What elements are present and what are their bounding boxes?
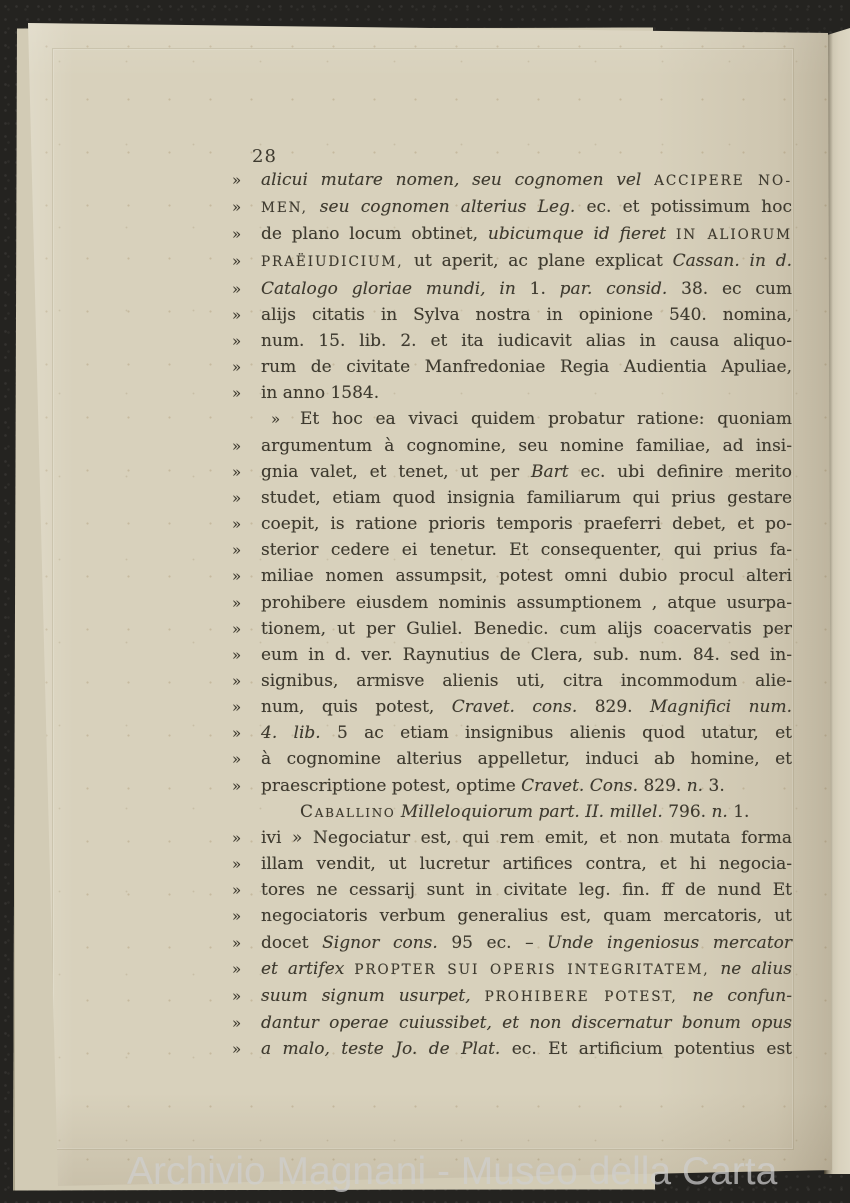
quote-mark: » — [232, 433, 261, 459]
text-segment: PRAËIUDICIUM, — [261, 254, 414, 270]
text-line: »in anno 1584. — [232, 380, 792, 406]
text-line: »alijs citatis in Sylva nostra in opinio… — [232, 302, 792, 328]
text-segment: Cravet. Cons. — [521, 776, 638, 796]
text-line: »MEN, seu cognomen alterius Leg. ec. et … — [232, 194, 792, 221]
text-segment: tores ne cessarij sunt in civitate leg. … — [261, 880, 792, 900]
text-line: »gnia valet, et tenet, ut per Bart ec. u… — [232, 459, 792, 485]
text-segment: gnia valet, et tenet, ut per — [261, 462, 531, 482]
text-segment: alicui mutare nomen, seu cognomen vel — [261, 170, 654, 190]
text-segment: Signor cons. — [322, 933, 438, 953]
quote-mark: » — [232, 668, 261, 694]
text-line: »eum in d. ver. Raynutius de Clera, sub.… — [232, 642, 792, 668]
text-segment: 38. ec cum — [667, 279, 792, 299]
text-segment: 829. — [638, 776, 687, 796]
text-segment: miliae nomen assumpsit, potest omni dubi… — [261, 566, 792, 586]
quote-mark: » — [232, 930, 261, 956]
text-segment: studet, etiam quod insignia familiarum q… — [261, 488, 792, 508]
text-segment: n. — [687, 776, 703, 796]
quote-mark: » — [232, 1036, 261, 1062]
book-page: 28 »alicui mutare nomen, seu cognomen ve… — [26, 20, 832, 1186]
text-segment: ut aperit, ac plane explicat — [414, 251, 673, 271]
text-line: »studet, etiam quod insignia familiarum … — [232, 485, 792, 511]
text-line: »dantur operae cuiussibet, et non discer… — [232, 1010, 792, 1036]
quote-mark: » — [232, 194, 261, 220]
text-segment: ivi » Negociatur est, qui rem emit, et n… — [261, 828, 792, 848]
text-segment: à cognomine alterius appelletur, induci … — [261, 749, 792, 769]
text-segment: 1. — [530, 279, 560, 299]
text-segment: ec. ubi definire merito — [569, 462, 792, 482]
text-segment: num. 15. lib. 2. et ita iudicavit alias … — [261, 331, 792, 351]
text-segment: Magnifici num. — [650, 697, 792, 717]
quote-mark: » — [232, 851, 261, 877]
text-segment: negociatoris verbum generalius est, quam… — [261, 906, 792, 926]
quote-mark: » — [232, 903, 261, 929]
text-segment: ne confun- — [692, 986, 792, 1006]
text-line: »negociatoris verbum generalius est, qua… — [232, 903, 792, 929]
quote-mark: » — [232, 302, 261, 328]
quote-mark: » — [232, 773, 261, 799]
text-line: »tionem, ut per Guliel. Benedic. cum ali… — [232, 616, 792, 642]
text-segment: seu cognomen alterius Leg. — [320, 197, 576, 217]
quote-mark: » — [232, 537, 261, 563]
scanned-book-photo: { "document": { "page_number": "28", "wa… — [0, 0, 850, 1203]
text-segment: illam vendit, ut lucretur artifices cont… — [261, 854, 792, 874]
text-segment: docet — [261, 933, 322, 953]
text-segment: eum in d. ver. Raynutius de Clera, sub. … — [261, 645, 792, 665]
quote-mark: » — [232, 616, 261, 642]
text-segment: Milleloquiorum part. II. millel. — [401, 802, 663, 822]
quote-mark: » — [232, 167, 261, 193]
text-segment: ec. et potissimum hoc — [575, 197, 792, 217]
quote-mark: » — [232, 380, 261, 406]
quote-mark: » — [232, 956, 261, 982]
quote-mark: » — [232, 825, 261, 851]
quote-mark: » — [271, 406, 300, 432]
text-line: »à cognomine alterius appelletur, induci… — [232, 746, 792, 772]
text-line: »Catalogo gloriae mundi, in 1. par. cons… — [232, 276, 792, 302]
text-line: »signibus, armisve alienis uti, citra in… — [232, 668, 792, 694]
quote-mark: » — [232, 328, 261, 354]
text-segment: 1. — [728, 802, 750, 822]
text-segment: ec. Et artificium potentius est — [500, 1039, 792, 1059]
text-segment: 95 ec. – — [438, 933, 547, 953]
text-segment: alijs citatis in Sylva nostra in opinion… — [261, 305, 792, 325]
text-segment: Et hoc ea vivaci quidem probatur ratione… — [300, 409, 792, 429]
text-line: »PRAËIUDICIUM, ut aperit, ac plane expli… — [232, 248, 792, 275]
text-line: »Et hoc ea vivaci quidem probatur ration… — [232, 406, 792, 432]
text-segment: et artifex — [261, 959, 354, 979]
text-segment: MEN, — [261, 200, 320, 216]
text-line: »ivi » Negociatur est, qui rem emit, et … — [232, 825, 792, 851]
text-segment: n. — [711, 802, 727, 822]
text-segment: prohibere eiusdem nominis assumptionem ,… — [261, 593, 792, 613]
text-segment: 796. — [663, 802, 712, 822]
text-line: »docet Signor cons. 95 ec. – Unde ingeni… — [232, 930, 792, 956]
text-line: »prohibere eiusdem nominis assumptionem … — [232, 590, 792, 616]
text-block: »alicui mutare nomen, seu cognomen vel A… — [232, 167, 792, 1062]
quote-mark: » — [232, 720, 261, 746]
text-segment: PROHIBERE POTEST, — [485, 989, 693, 1005]
text-line: »coepit, is ratione prioris temporis pra… — [232, 511, 792, 537]
text-segment: Caballino — [300, 802, 395, 822]
quote-mark: » — [232, 354, 261, 380]
text-line: »argumentum à cognomine, seu nomine fami… — [232, 433, 792, 459]
text-segment: de plano locum obtinet, — [261, 224, 488, 244]
text-segment: Unde ingeniosus mercator — [547, 933, 792, 953]
quote-mark: » — [232, 511, 261, 537]
quote-mark: » — [232, 642, 261, 668]
quote-mark: » — [232, 694, 261, 720]
text-line: »num, quis potest, Cravet. cons. 829. Ma… — [232, 694, 792, 720]
text-segment: praescriptione potest, optime — [261, 776, 521, 796]
text-line: »miliae nomen assumpsit, potest omni dub… — [232, 563, 792, 589]
quote-mark: » — [232, 983, 261, 1009]
text-segment: rum de civitate Manfredoniae Regia Audie… — [261, 357, 792, 377]
text-segment: ubicumque id fieret — [488, 224, 676, 244]
quote-mark: » — [232, 248, 261, 274]
text-line: Caballino Milleloquiorum part. II. mille… — [232, 799, 792, 825]
quote-mark: » — [232, 590, 261, 616]
text-line: »de plano locum obtinet, ubicumque id fi… — [232, 221, 792, 248]
text-line: »suum signum usurpet, PROHIBERE POTEST, … — [232, 983, 792, 1010]
text-segment: Catalogo gloriae mundi, in — [261, 279, 530, 299]
text-segment: Bart — [531, 462, 569, 482]
text-segment: signibus, armisve alienis uti, citra inc… — [261, 671, 792, 691]
quote-mark: » — [232, 485, 261, 511]
text-segment: argumentum à cognomine, seu nomine famil… — [261, 436, 792, 456]
text-segment: ne alius — [720, 959, 792, 979]
quote-mark: » — [232, 276, 261, 302]
text-segment: 4. lib. — [261, 723, 321, 743]
text-segment: dantur operae cuiussibet, et non discern… — [261, 1013, 792, 1033]
archive-watermark: Archivio Magnani - Museo della Carta — [127, 1150, 777, 1194]
text-line: »rum de civitate Manfredoniae Regia Audi… — [232, 354, 792, 380]
text-segment: Cravet. cons. — [452, 697, 577, 717]
text-segment: tionem, ut per Guliel. Benedic. cum alij… — [261, 619, 792, 639]
text-line: »a malo, teste Jo. de Plat. ec. Et artif… — [232, 1036, 792, 1062]
text-line: »tores ne cessarij sunt in civitate leg.… — [232, 877, 792, 903]
quote-mark: » — [232, 221, 261, 247]
quote-mark: » — [232, 563, 261, 589]
text-line: »sterior cedere ei tenetur. Et consequen… — [232, 537, 792, 563]
page-number: 28 — [252, 146, 277, 167]
text-segment: sterior cedere ei tenetur. Et consequent… — [261, 540, 792, 560]
text-segment: coepit, is ratione prioris temporis prae… — [261, 514, 792, 534]
text-segment: num, quis potest, — [261, 697, 452, 717]
text-segment: ACCIPERE NO- — [654, 173, 792, 189]
text-segment: PROPTER SUI OPERIS INTEGRITATEM, — [354, 962, 720, 978]
text-line: »et artifex PROPTER SUI OPERIS INTEGRITA… — [232, 956, 792, 983]
text-segment: Cassan. in d. — [673, 251, 792, 271]
text-segment: par. consid. — [560, 279, 668, 299]
quote-mark: » — [232, 877, 261, 903]
text-segment: a malo, teste Jo. de Plat. — [261, 1039, 500, 1059]
text-segment: 5 ac etiam insignibus alienis quod utatu… — [321, 723, 792, 743]
text-segment: 829. — [577, 697, 650, 717]
text-line: »praescriptione potest, optime Cravet. C… — [232, 773, 792, 799]
text-line: »illam vendit, ut lucretur artifices con… — [232, 851, 792, 877]
text-line: »4. lib. 5 ac etiam insignibus alienis q… — [232, 720, 792, 746]
quote-mark: » — [232, 1010, 261, 1036]
quote-mark: » — [232, 459, 261, 485]
text-segment: 3. — [703, 776, 725, 796]
quote-mark: » — [232, 746, 261, 772]
text-segment: in anno 1584. — [261, 383, 379, 403]
text-line: »alicui mutare nomen, seu cognomen vel A… — [232, 167, 792, 194]
text-segment: IN ALIORUM — [676, 227, 792, 243]
text-line: »num. 15. lib. 2. et ita iudicavit alias… — [232, 328, 792, 354]
text-segment: suum signum usurpet, — [261, 986, 485, 1006]
